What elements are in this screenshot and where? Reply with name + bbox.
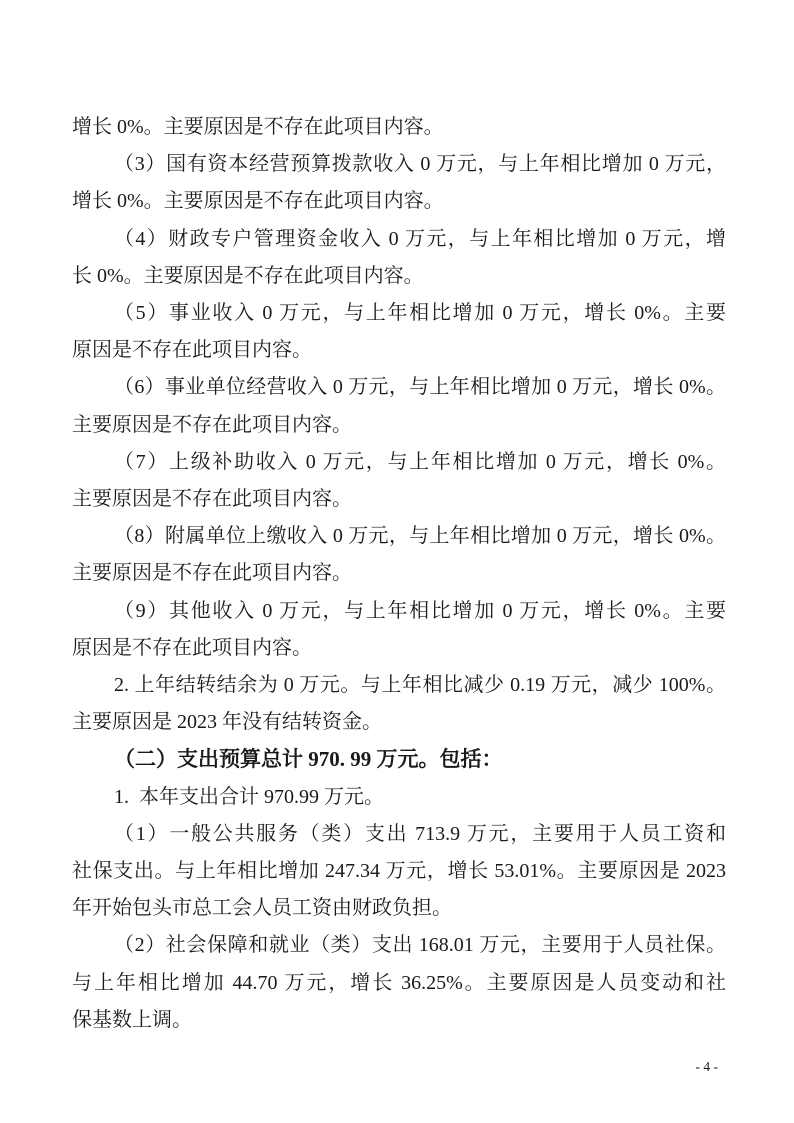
- paragraph: （5）事业收入 0 万元，与上年相比增加 0 万元，增长 0%。主要原因是不存在…: [72, 295, 726, 369]
- text-line: （7）上级补助收入 0 万元，与上年相比增加 0 万元，增长 0%。: [72, 444, 726, 481]
- paragraph: （2）社会保障和就业（类）支出 168.01 万元，主要用于人员社保。与上年相比…: [72, 927, 726, 1039]
- text-line: 增长 0%。主要原因是不存在此项目内容。: [72, 109, 726, 146]
- text-line: （2）社会保障和就业（类）支出 168.01 万元，主要用于人员社保。: [72, 927, 726, 964]
- paragraph: 增长 0%。主要原因是不存在此项目内容。: [72, 109, 726, 146]
- text-line: 主要原因是不存在此项目内容。: [72, 481, 726, 518]
- text-line: （二）支出预算总计 970. 99 万元。包括：: [72, 741, 726, 778]
- document-body: 增长 0%。主要原因是不存在此项目内容。（3）国有资本经营预算拨款收入 0 万元…: [72, 109, 726, 1039]
- text-line: 主要原因是 2023 年没有结转资金。: [72, 704, 726, 741]
- text-line: （4）财政专户管理资金收入 0 万元，与上年相比增加 0 万元，增: [72, 221, 726, 258]
- text-line: 长 0%。主要原因是不存在此项目内容。: [72, 258, 726, 295]
- text-line: 保基数上调。: [72, 1002, 726, 1039]
- paragraph: （8）附属单位上缴收入 0 万元，与上年相比增加 0 万元，增长 0%。主要原因…: [72, 518, 726, 592]
- text-line: 增长 0%。主要原因是不存在此项目内容。: [72, 183, 726, 220]
- text-line: （6）事业单位经营收入 0 万元，与上年相比增加 0 万元，增长 0%。: [72, 369, 726, 406]
- section-heading: （二）支出预算总计 970. 99 万元。包括：: [72, 741, 726, 778]
- text-line: （9）其他收入 0 万元，与上年相比增加 0 万元，增长 0%。主要: [72, 593, 726, 630]
- paragraph: （1）一般公共服务（类）支出 713.9 万元，主要用于人员工资和社保支出。与上…: [72, 816, 726, 928]
- text-line: 2. 上年结转结余为 0 万元。与上年相比减少 0.19 万元，减少 100%。: [72, 667, 726, 704]
- paragraph: 1. 本年支出合计 970.99 万元。: [72, 779, 726, 816]
- text-line: 1. 本年支出合计 970.99 万元。: [72, 779, 726, 816]
- paragraph: （6）事业单位经营收入 0 万元，与上年相比增加 0 万元，增长 0%。主要原因…: [72, 369, 726, 443]
- paragraph: （4）财政专户管理资金收入 0 万元，与上年相比增加 0 万元，增长 0%。主要…: [72, 221, 726, 295]
- text-line: 与上年相比增加 44.70 万元，增长 36.25%。主要原因是人员变动和社: [72, 965, 726, 1002]
- text-line: （3）国有资本经营预算拨款收入 0 万元，与上年相比增加 0 万元，: [72, 146, 726, 183]
- document-page: 增长 0%。主要原因是不存在此项目内容。（3）国有资本经营预算拨款收入 0 万元…: [0, 0, 794, 1123]
- text-line: 原因是不存在此项目内容。: [72, 630, 726, 667]
- paragraph: 2. 上年结转结余为 0 万元。与上年相比减少 0.19 万元，减少 100%。…: [72, 667, 726, 741]
- text-line: （5）事业收入 0 万元，与上年相比增加 0 万元，增长 0%。主要: [72, 295, 726, 332]
- text-line: 年开始包头市总工会人员工资由财政负担。: [72, 890, 726, 927]
- text-line: 主要原因是不存在此项目内容。: [72, 555, 726, 592]
- page-number: - 4 -: [696, 1059, 719, 1075]
- text-line: 社保支出。与上年相比增加 247.34 万元，增长 53.01%。主要原因是 2…: [72, 853, 726, 890]
- paragraph: （7）上级补助收入 0 万元，与上年相比增加 0 万元，增长 0%。主要原因是不…: [72, 444, 726, 518]
- paragraph: （9）其他收入 0 万元，与上年相比增加 0 万元，增长 0%。主要原因是不存在…: [72, 593, 726, 667]
- text-line: （1）一般公共服务（类）支出 713.9 万元，主要用于人员工资和: [72, 816, 726, 853]
- paragraph: （3）国有资本经营预算拨款收入 0 万元，与上年相比增加 0 万元，增长 0%。…: [72, 146, 726, 220]
- text-line: 主要原因是不存在此项目内容。: [72, 407, 726, 444]
- text-line: （8）附属单位上缴收入 0 万元，与上年相比增加 0 万元，增长 0%。: [72, 518, 726, 555]
- text-line: 原因是不存在此项目内容。: [72, 332, 726, 369]
